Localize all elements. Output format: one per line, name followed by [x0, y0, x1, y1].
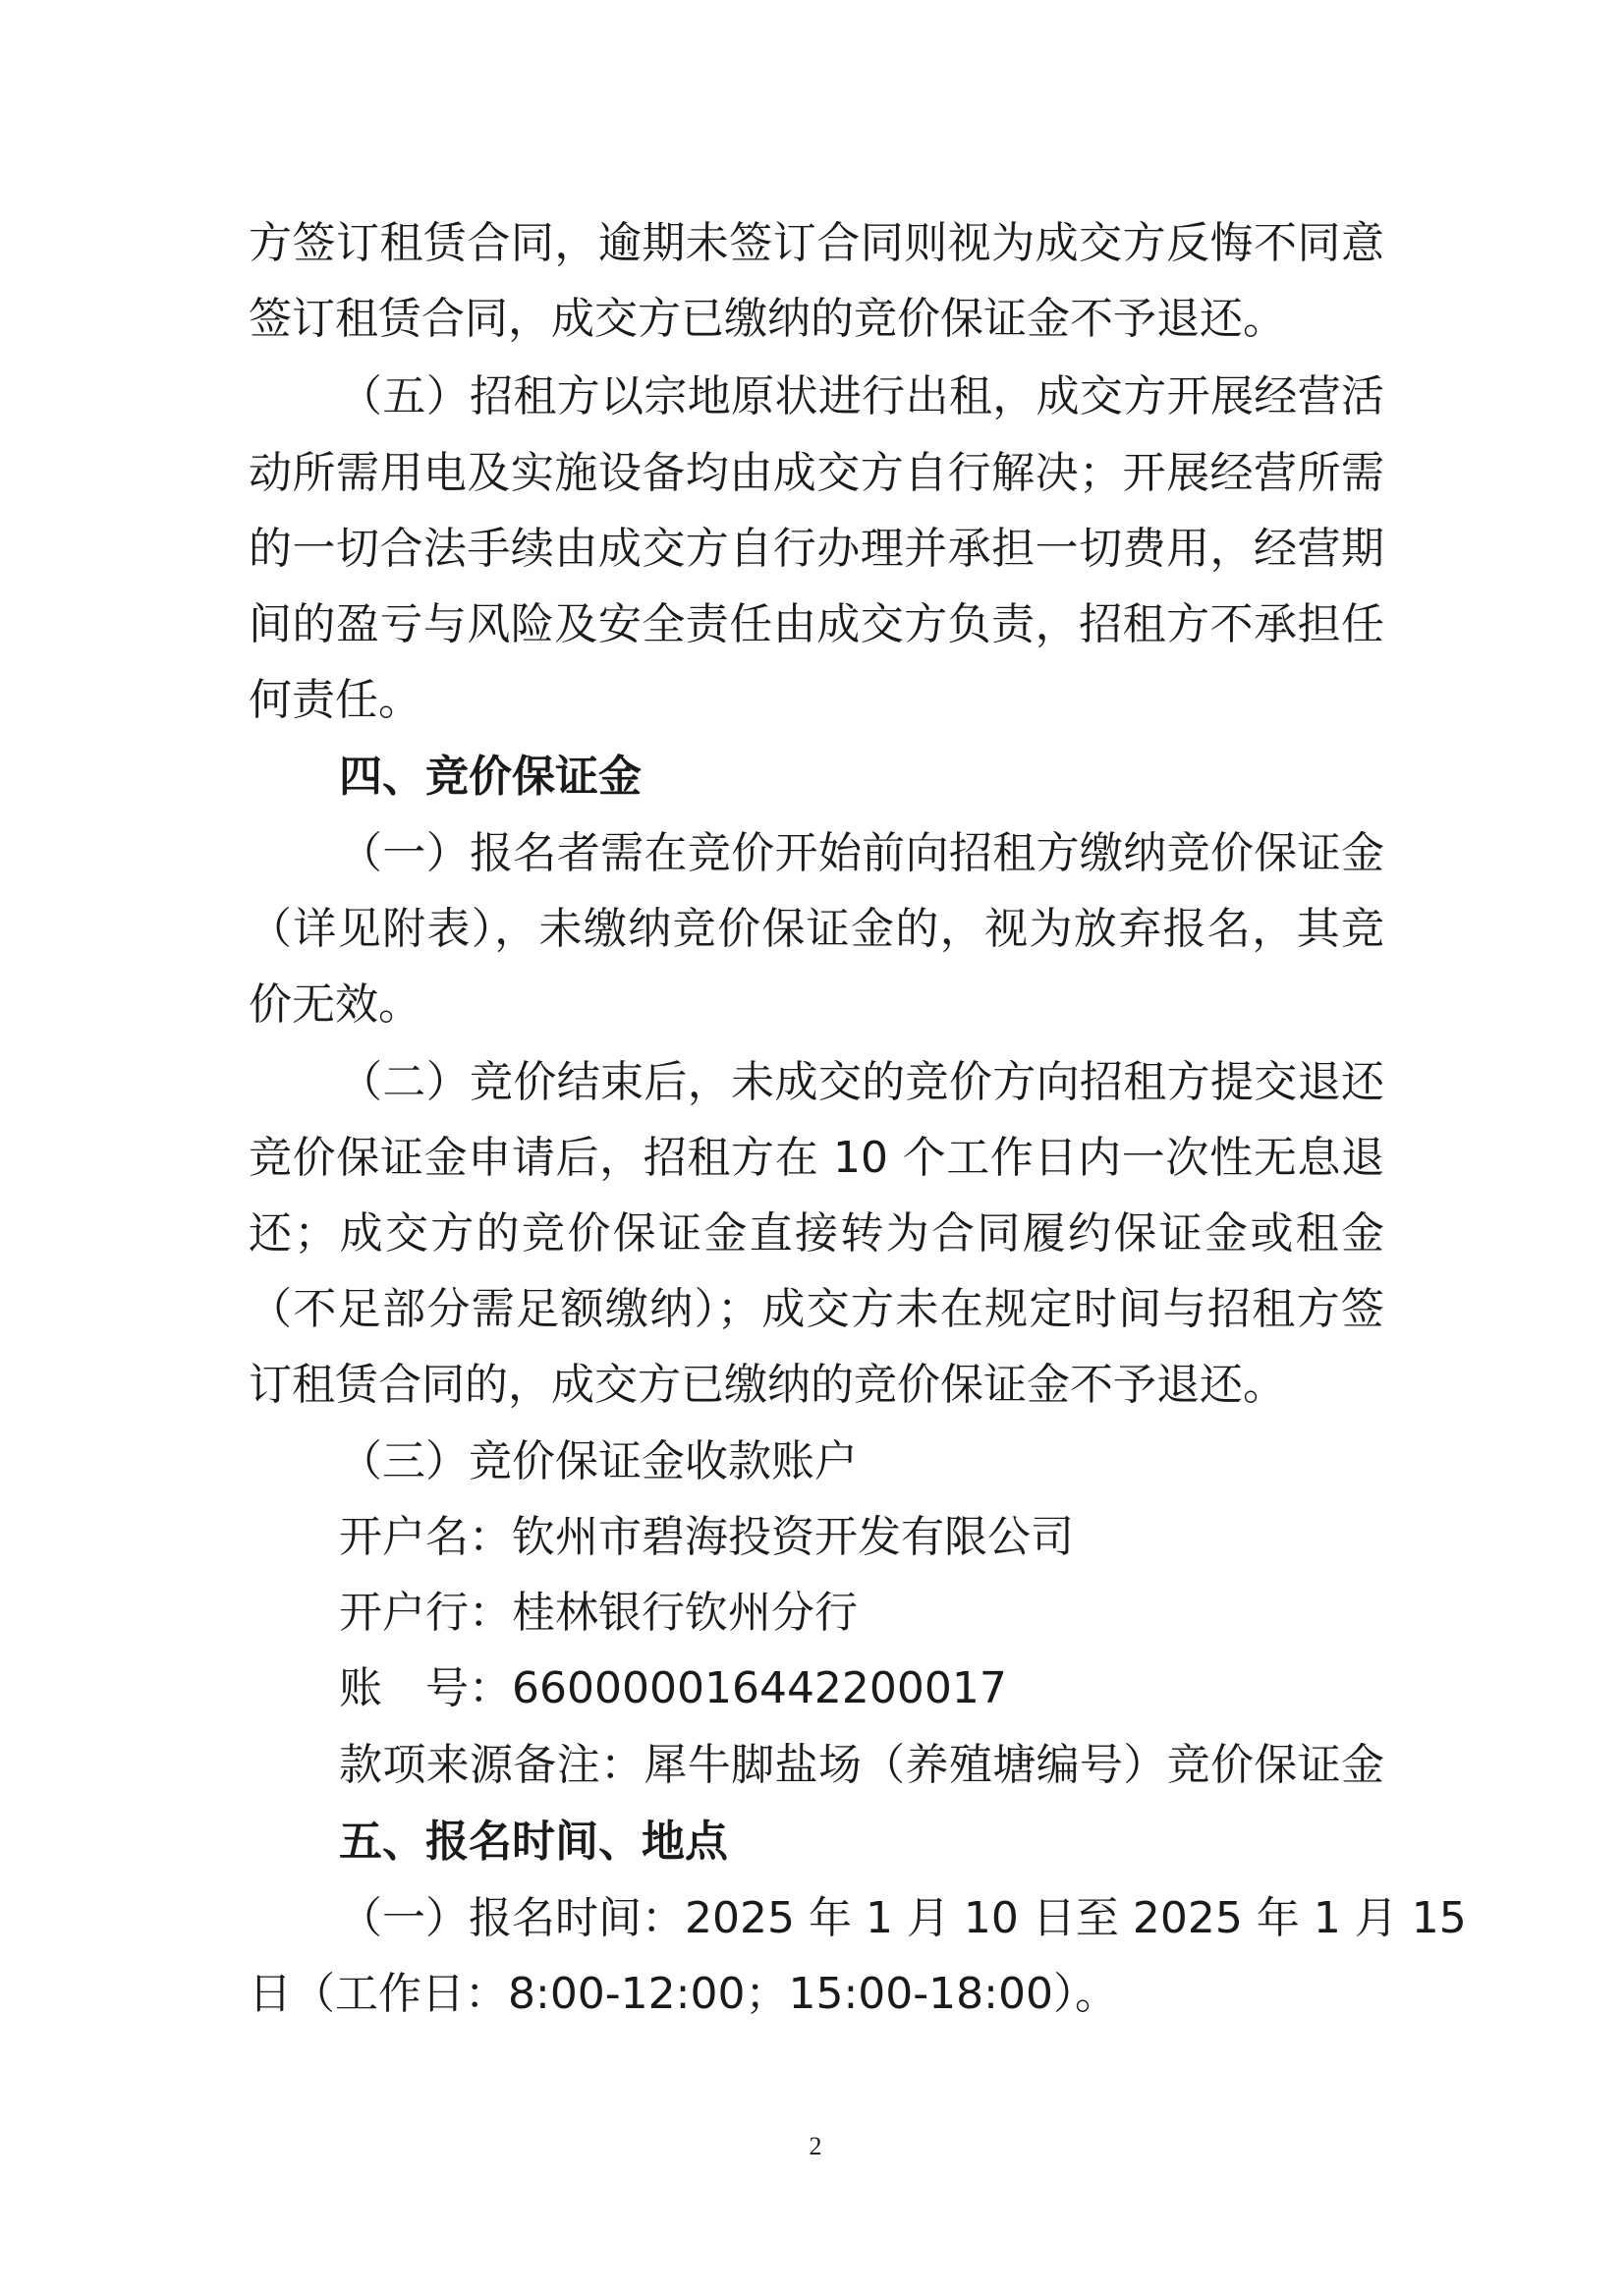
page-number: 2: [796, 2132, 835, 2161]
section-5-heading: 五、报名时间、地点: [339, 1813, 1384, 1872]
section-5-item-1-line: （一）报名时间：2025 年 1 月 10 日至 2025 年 1 月 15: [339, 1889, 1384, 1948]
clause-5-line: 的一切合法手续由成交方自行办理并承担一切费用，经营期: [249, 520, 1384, 579]
section-5-item-1-line: 日（工作日：8:00-12:00；15:00-18:00）。: [249, 1965, 1384, 2024]
document-page: 方签订租赁合同，逾期未签订合同则视为成交方反悔不同意 签订租赁合同，成交方已缴纳…: [0, 0, 1624, 2295]
section-4-item-2-line: （不足部分需足额缴纳）；成交方未在规定时间与招租方签: [249, 1280, 1384, 1339]
section-4-item-2-line: （二）竞价结束后，未成交的竞价方向招租方提交退还: [339, 1053, 1384, 1112]
clause-5-line: （五）招租方以宗地原状进行出租，成交方开展经营活: [339, 367, 1384, 426]
account-bank: 开户行：桂林银行钦州分行: [339, 1584, 1384, 1643]
payment-remark: 款项来源备注：犀牛脚盐场（养殖塘编号）竞价保证金: [339, 1736, 1384, 1795]
section-4-item-1-line: （一）报名者需在竞价开始前向招租方缴纳竞价保证金: [339, 824, 1384, 883]
account-section-title: （三）竞价保证金收款账户: [339, 1432, 1384, 1491]
clause-5-line: 何责任。: [249, 671, 1384, 730]
section-4-item-2-line: 竞价保证金申请后，招租方在 10 个工作日内一次性无息退: [249, 1129, 1384, 1188]
account-name: 开户名：钦州市碧海投资开发有限公司: [339, 1508, 1384, 1567]
section-4-item-2-line: 订租赁合同的，成交方已缴纳的竞价保证金不予退还。: [249, 1356, 1384, 1415]
section-4-item-1-line: （详见附表），未缴纳竞价保证金的，视为放弃报名，其竞: [249, 900, 1384, 959]
clause-5-line: 间的盈亏与风险及安全责任由成交方负责，招租方不承担任: [249, 595, 1384, 654]
section-4-item-1-line: 价无效。: [249, 976, 1384, 1035]
account-number: 账 号：660000016442200017: [339, 1659, 1384, 1718]
paragraph-line: 方签订租赁合同，逾期未签订合同则视为成交方反悔不同意: [249, 214, 1384, 273]
clause-5-line: 动所需用电及实施设备均由成交方自行解决；开展经营所需: [249, 444, 1384, 503]
section-4-heading: 四、竞价保证金: [339, 748, 1384, 807]
paragraph-line: 签订租赁合同，成交方已缴纳的竞价保证金不予退还。: [249, 290, 1384, 349]
section-4-item-2-line: 还；成交方的竞价保证金直接转为合同履约保证金或租金: [249, 1204, 1384, 1263]
